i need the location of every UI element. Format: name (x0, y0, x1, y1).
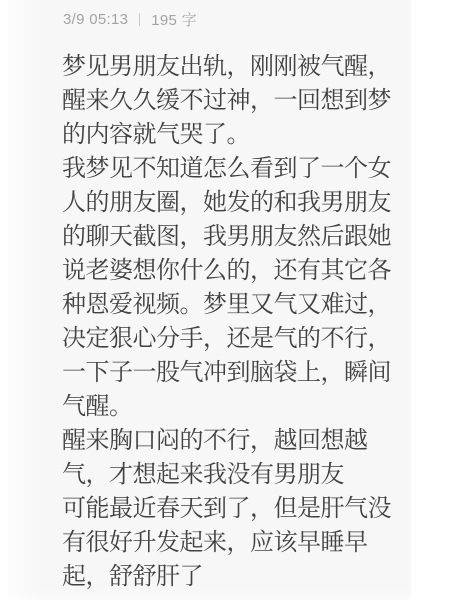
note-line: 说老婆想你什么的，还有其它各 (62, 254, 404, 288)
note-line: 人的朋友圈，她发的和我男朋友 (62, 186, 404, 220)
note-line: 起，舒舒肝了 (62, 560, 404, 594)
note-line: 可能最近春天到了，但是肝气没 (62, 492, 404, 526)
note-line: 有很好升发起来，应该早睡早 (62, 526, 404, 560)
note-line: 气，才想起来我没有男朋友 (62, 458, 404, 492)
note-meta: 3/9 05:13 195 字 (8, 0, 411, 30)
note-line: 梦见男朋友出轨，刚刚被气醒， (62, 50, 404, 84)
note-timestamp: 3/9 05:13 (63, 11, 128, 28)
note-card: 3/9 05:13 195 字 梦见男朋友出轨，刚刚被气醒，醒来久久缓不过神，一… (8, 0, 411, 600)
note-line: 气醒。 (62, 390, 404, 424)
note-line: 醒来久久缓不过神，一回想到梦 (62, 84, 404, 118)
note-line: 决定狠心分手，还是气的不行， (62, 322, 404, 356)
note-word-count: 195 字 (151, 9, 197, 30)
note-line: 种恩爱视频。梦里又气又难过， (62, 288, 404, 322)
note-line: 醒来胸口闷的不行，越回想越 (62, 424, 404, 458)
note-body: 梦见男朋友出轨，刚刚被气醒，醒来久久缓不过神，一回想到梦的内容就气哭了。我梦见不… (62, 50, 404, 594)
bottom-fade (8, 590, 411, 600)
meta-separator-divider (139, 13, 140, 26)
note-line: 一下子一股气冲到脑袋上，瞬间 (62, 356, 404, 390)
note-line: 的内容就气哭了。 (62, 118, 404, 152)
note-line: 我梦见不知道怎么看到了一个女 (62, 152, 404, 186)
note-line: 的聊天截图，我男朋友然后跟她 (62, 220, 404, 254)
